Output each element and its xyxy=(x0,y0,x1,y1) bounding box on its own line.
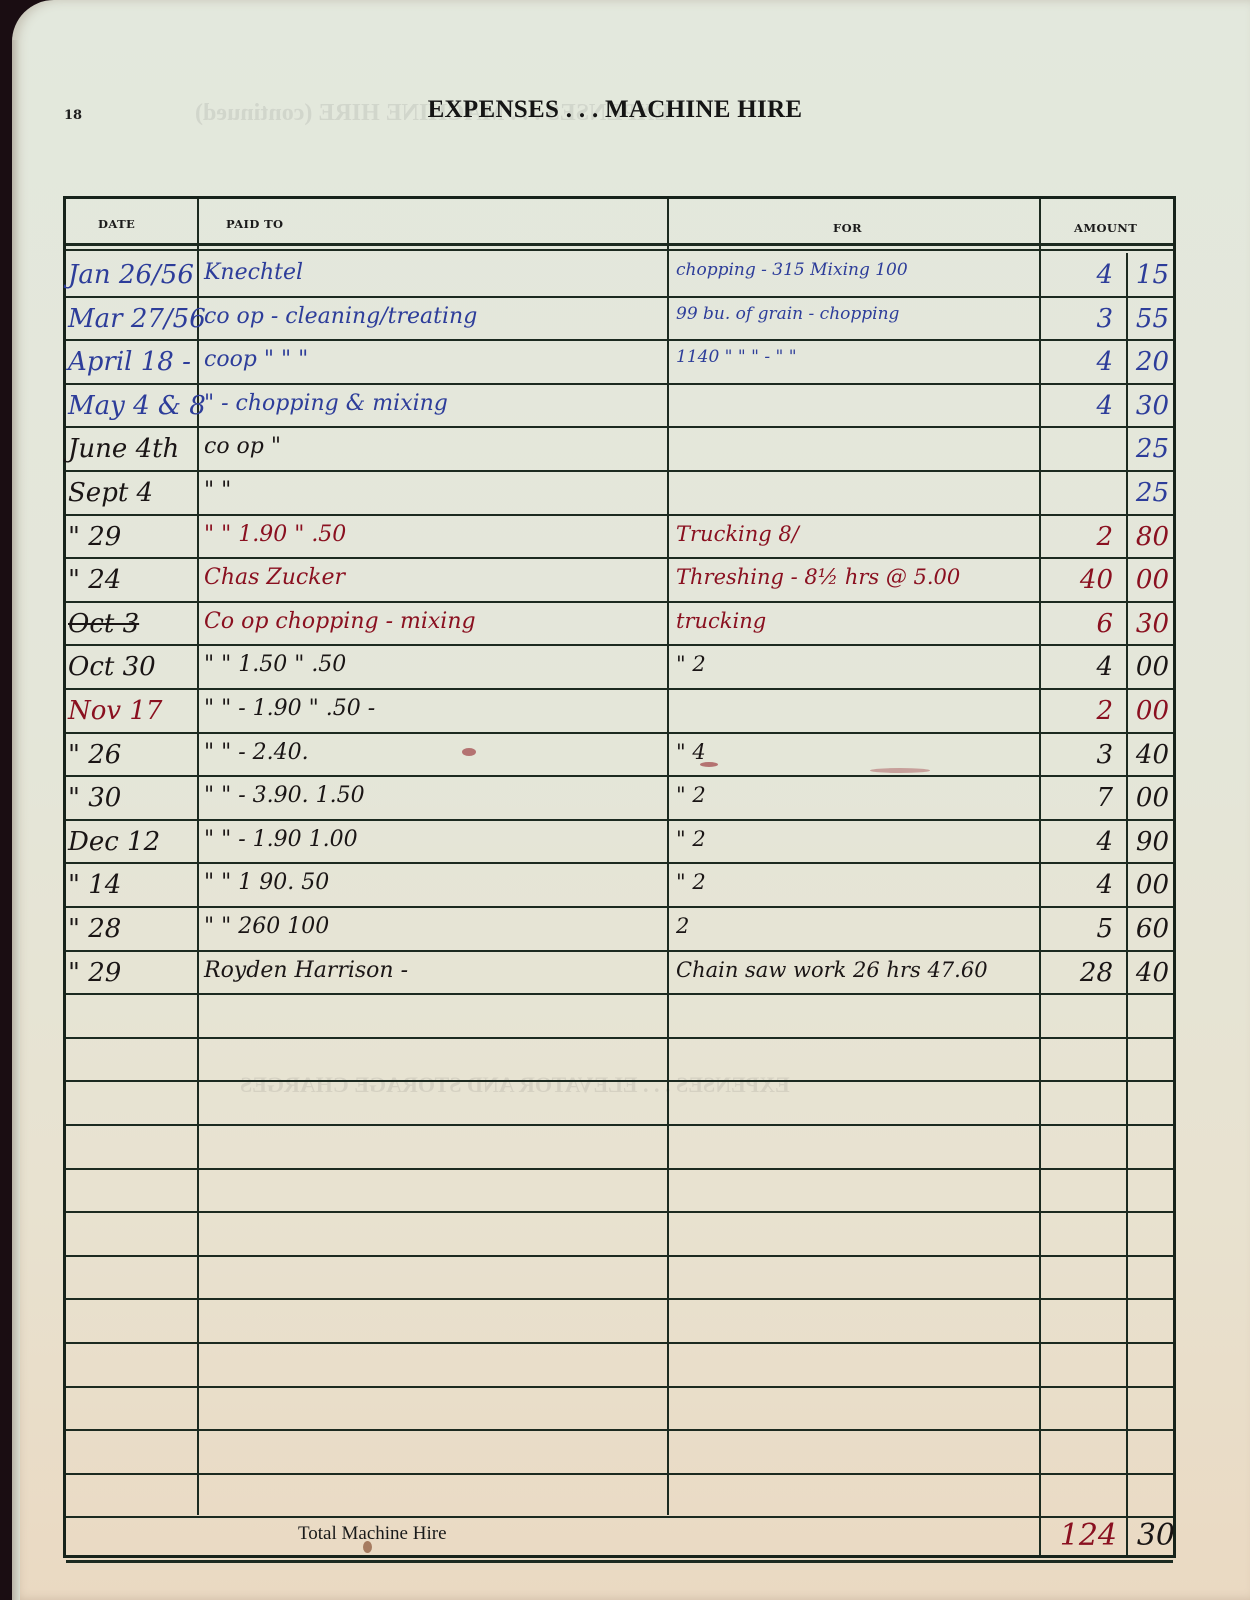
entry-dollars: 4 xyxy=(1043,349,1113,375)
entry-cents: 40 xyxy=(1123,960,1169,986)
row-rule xyxy=(66,470,1173,472)
entry-dollars: 4 xyxy=(1043,829,1113,855)
entry-date: " 30 xyxy=(68,785,121,811)
entry-date: " 24 xyxy=(68,567,121,593)
entry-cents: 30 xyxy=(1123,611,1169,637)
ink-stain xyxy=(462,748,476,756)
row-rule xyxy=(66,383,1173,385)
entry-dollars: 6 xyxy=(1043,611,1113,637)
column-header-paid-to: PAID TO xyxy=(226,217,283,231)
entry-cents: 90 xyxy=(1123,829,1169,855)
entry-cents: 60 xyxy=(1123,916,1169,942)
row-rule xyxy=(66,339,1173,341)
entry-date: " 26 xyxy=(68,742,121,768)
entry-for: Chain saw work 26 hrs 47.60 xyxy=(676,960,988,981)
row-rule xyxy=(66,514,1173,516)
stain xyxy=(363,1541,372,1553)
entry-for: " 2 xyxy=(676,785,706,806)
entry-date: Oct 30 xyxy=(68,654,156,680)
entry-dollars: 5 xyxy=(1043,916,1113,942)
entry-date: " 14 xyxy=(68,872,121,898)
entry-cents: 00 xyxy=(1123,698,1169,724)
entry-for: Trucking 8/ xyxy=(676,524,799,545)
entry-date: Oct 3 xyxy=(68,611,139,637)
column-header-amount: AMOUNT xyxy=(1074,221,1137,235)
row-rule xyxy=(66,1560,1173,1563)
ink-stain xyxy=(700,762,718,767)
column-divider xyxy=(667,199,669,1515)
row-rule xyxy=(66,1211,1173,1213)
entry-for: trucking xyxy=(676,611,766,632)
row-rule xyxy=(66,1516,1173,1518)
row-rule xyxy=(66,775,1173,777)
entry-for: " 2 xyxy=(676,829,706,850)
entry-paid-to: " " 260 100 xyxy=(204,916,329,938)
entry-date: Nov 17 xyxy=(68,698,162,724)
entry-paid-to: Co op chopping - mixing xyxy=(204,611,476,633)
entry-date: June 4th xyxy=(68,436,179,462)
entry-paid-to: Royden Harrison - xyxy=(204,960,408,982)
entry-paid-to: " " - 1.90 " .50 - xyxy=(204,698,375,720)
entry-paid-to: " - chopping & mixing xyxy=(204,393,448,415)
entry-dollars: 2 xyxy=(1043,524,1113,550)
column-header-date: DATE xyxy=(98,217,135,231)
row-rule xyxy=(66,950,1173,952)
row-rule xyxy=(66,1429,1173,1431)
row-rule xyxy=(66,688,1173,690)
entry-cents: 80 xyxy=(1123,524,1169,550)
row-rule xyxy=(66,1342,1173,1344)
entry-for: " 2 xyxy=(676,654,706,675)
row-rule xyxy=(66,426,1173,428)
entry-paid-to: co op - cleaning/treating xyxy=(204,306,477,328)
page-edge xyxy=(12,40,20,1600)
entry-dollars: 3 xyxy=(1043,742,1113,768)
entry-for: 99 bu. of grain - chopping xyxy=(676,306,899,323)
row-rule xyxy=(66,601,1173,603)
entry-paid-to: coop " " " xyxy=(204,349,308,371)
column-header-for: FOR xyxy=(833,221,862,235)
entry-dollars: 4 xyxy=(1043,654,1113,680)
entry-cents: 30 xyxy=(1123,393,1169,419)
entry-date: April 18 - xyxy=(68,349,191,375)
entry-paid-to: Chas Zucker xyxy=(204,567,345,589)
entry-for: " 2 xyxy=(676,872,706,893)
entry-cents: 55 xyxy=(1123,306,1169,332)
entry-for: 1140 " " " - " " xyxy=(676,349,797,366)
entry-cents: 25 xyxy=(1123,480,1169,506)
ledger-table: DATE PAID TO FOR AMOUNT Jan 26/56Knechte… xyxy=(63,196,1176,1558)
entry-dollars: 7 xyxy=(1043,785,1113,811)
row-rule xyxy=(66,819,1173,821)
page-title: EXPENSES . . . MACHINE HIRE xyxy=(0,96,1230,124)
row-rule xyxy=(66,557,1173,559)
entry-date: Sept 4 xyxy=(68,480,153,506)
row-rule xyxy=(66,1037,1173,1039)
entry-date: " 28 xyxy=(68,916,121,942)
entry-cents: 15 xyxy=(1123,262,1169,288)
entry-cents: 00 xyxy=(1123,567,1169,593)
row-rule xyxy=(66,1124,1173,1126)
entry-cents: 20 xyxy=(1123,349,1169,375)
entry-for: Threshing - 8½ hrs @ 5.00 xyxy=(676,567,960,588)
row-rule xyxy=(66,906,1173,908)
total-cents: 30 xyxy=(1137,1521,1175,1551)
row-rule xyxy=(66,993,1173,995)
entry-date: Dec 12 xyxy=(68,829,160,855)
row-rule xyxy=(66,1473,1173,1475)
entry-for: chopping - 315 Mixing 100 xyxy=(676,262,908,279)
row-rule xyxy=(66,1080,1173,1082)
entry-dollars: 4 xyxy=(1043,872,1113,898)
entry-cents: 00 xyxy=(1123,785,1169,811)
entry-dollars: 4 xyxy=(1043,393,1113,419)
entry-dollars: 2 xyxy=(1043,698,1113,724)
entry-date: Jan 26/56 xyxy=(68,262,194,288)
column-divider xyxy=(1039,199,1041,1555)
entry-cents: 25 xyxy=(1123,436,1169,462)
ink-stain xyxy=(870,768,930,773)
entry-paid-to: Knechtel xyxy=(204,262,303,284)
entry-paid-to: " " 1.90 " .50 xyxy=(204,524,346,546)
entry-dollars: 40 xyxy=(1043,567,1113,593)
row-rule xyxy=(66,296,1173,298)
header-rule xyxy=(66,243,1173,246)
entry-paid-to: " " 1 90. 50 xyxy=(204,872,329,894)
entry-dollars: 3 xyxy=(1043,306,1113,332)
entry-dollars: 4 xyxy=(1043,262,1113,288)
entry-paid-to: " " - 1.90 1.00 xyxy=(204,829,358,851)
entry-paid-to: " " 1.50 " .50 xyxy=(204,654,346,676)
entry-date: May 4 & 8 xyxy=(68,393,206,419)
entry-cents: 00 xyxy=(1123,654,1169,680)
header-rule xyxy=(66,249,1173,251)
row-rule xyxy=(66,644,1173,646)
row-rule xyxy=(66,1386,1173,1388)
row-rule xyxy=(66,862,1173,864)
row-rule xyxy=(66,1298,1173,1300)
entry-date: " 29 xyxy=(68,960,121,986)
total-dollars: 124 xyxy=(1060,1521,1117,1551)
entry-paid-to: " " xyxy=(204,480,231,502)
entry-date: Mar 27/56 xyxy=(68,306,206,332)
entry-dollars: 28 xyxy=(1043,960,1113,986)
entry-cents: 00 xyxy=(1123,872,1169,898)
entry-paid-to: co op " xyxy=(204,436,281,458)
row-rule xyxy=(66,1168,1173,1170)
entry-paid-to: " " - 2.40. xyxy=(204,742,309,764)
entry-paid-to: " " - 3.90. 1.50 xyxy=(204,785,365,807)
entry-for: 2 xyxy=(676,916,689,937)
entry-for: " 4 xyxy=(676,742,706,763)
row-rule xyxy=(66,1255,1173,1257)
entry-cents: 40 xyxy=(1123,742,1169,768)
entry-date: " 29 xyxy=(68,524,121,550)
row-rule xyxy=(66,732,1173,734)
total-label: Total Machine Hire xyxy=(298,1523,447,1545)
